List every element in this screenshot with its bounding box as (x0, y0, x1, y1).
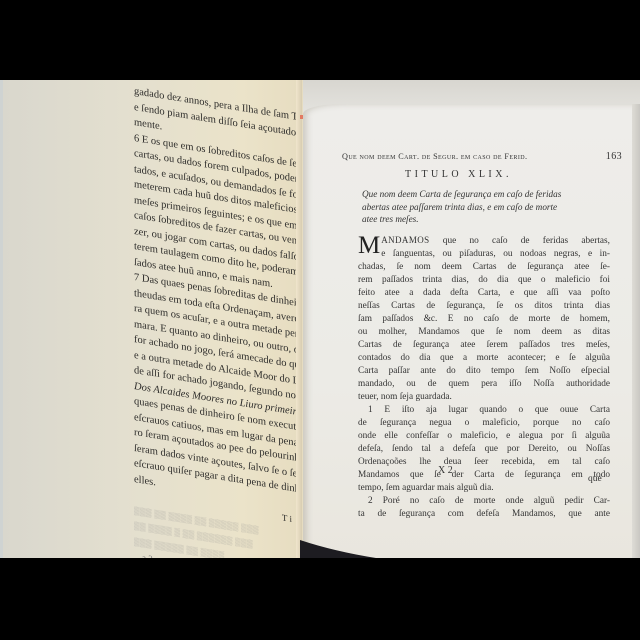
paragraph-2-line: ta de ſegurança com defeſa Mandamos, que… (358, 508, 610, 521)
body-line: feito atee a dada deſta Carta, e que aſſ… (358, 287, 610, 300)
body-line: Cartas de ſegurança atee ſerem paſſados … (358, 339, 610, 352)
body-line: Carta paſſar ante do dito tempo ſem Noſſ… (358, 365, 610, 378)
chapter-title: TITULO XLIX. (405, 169, 512, 180)
summary-line: atee tres meſes. (362, 213, 582, 226)
body-line: chadas, ſe nom deem Cartas de ſegurança … (358, 261, 610, 274)
chapter-summary: Que nom deem Carta de ſegurança em caſo … (362, 188, 582, 226)
summary-line: abertas atee paſſarem trinta dias, e em … (362, 201, 582, 214)
body-line: contados do dia que a morte acontecer; e… (358, 352, 610, 365)
body-line: mandado, ou de quem pera iſſo Noſſa auth… (358, 378, 610, 391)
body-line: ſam paſſados &c. E no caſo de morte de h… (358, 313, 610, 326)
paragraph-1-line: onde elle confeſſar o maleficio, e alegu… (358, 430, 610, 443)
left-page-text: gadado dez annos, pera a Ilha de ſam Tho… (134, 84, 296, 558)
signature-mark: X 2 (438, 465, 453, 476)
body-line: teuer, nom ſeja guardada. (358, 391, 610, 404)
right-page-edge (632, 104, 640, 558)
paragraph-1-line: de ſegurança negua o maleficio, porque n… (358, 417, 610, 430)
first-word: ANDAMOS (381, 235, 429, 245)
paragraph-1-line: tempo, ſem aguardar mais alguũ dia. (358, 482, 610, 495)
body-line: neſſas Cartas de ſegurança, ſe os ditos … (358, 300, 610, 313)
body-line: e ſanguentas, ou piſaduras, ou nodoas ne… (358, 248, 610, 261)
summary-line: Que nom deem Carta de ſegurança em caſo … (362, 188, 582, 201)
paragraph-1-line: defeſa, ſendo tal a defeſa que por Derei… (358, 443, 610, 456)
right-page-body: MANDAMOS que no caſo de feridas abertas,… (358, 234, 610, 521)
left-page-edge (296, 80, 302, 558)
paragraph-2-line: 2 Poré no caſo de morte onde alguũ pedir… (358, 495, 610, 508)
running-head-text: Que nom deem Cart. de Segur. em caſo de … (342, 152, 527, 161)
body-line: rem paſſados trinta dias, do dia que o m… (358, 274, 610, 287)
body-line: MANDAMOS que no caſo de feridas abertas, (358, 234, 610, 248)
body-line: ou molher, Mandamos que ſe nom deem as d… (358, 326, 610, 339)
running-head: Que nom deem Cart. de Segur. em caſo de … (342, 152, 612, 161)
paragraph-1-line: Mandamos que ſe der Carta de ſegurança e… (358, 469, 610, 482)
paragraph-1-line: 1 E iſto aja lugar quando o que ouue Car… (358, 404, 610, 417)
paragraph-1-line: Ordenaçoões lhe deua ſeer recebida, em t… (358, 456, 610, 469)
catchword: que (588, 474, 602, 484)
page-number: 163 (606, 151, 622, 162)
drop-cap: M (358, 235, 380, 257)
